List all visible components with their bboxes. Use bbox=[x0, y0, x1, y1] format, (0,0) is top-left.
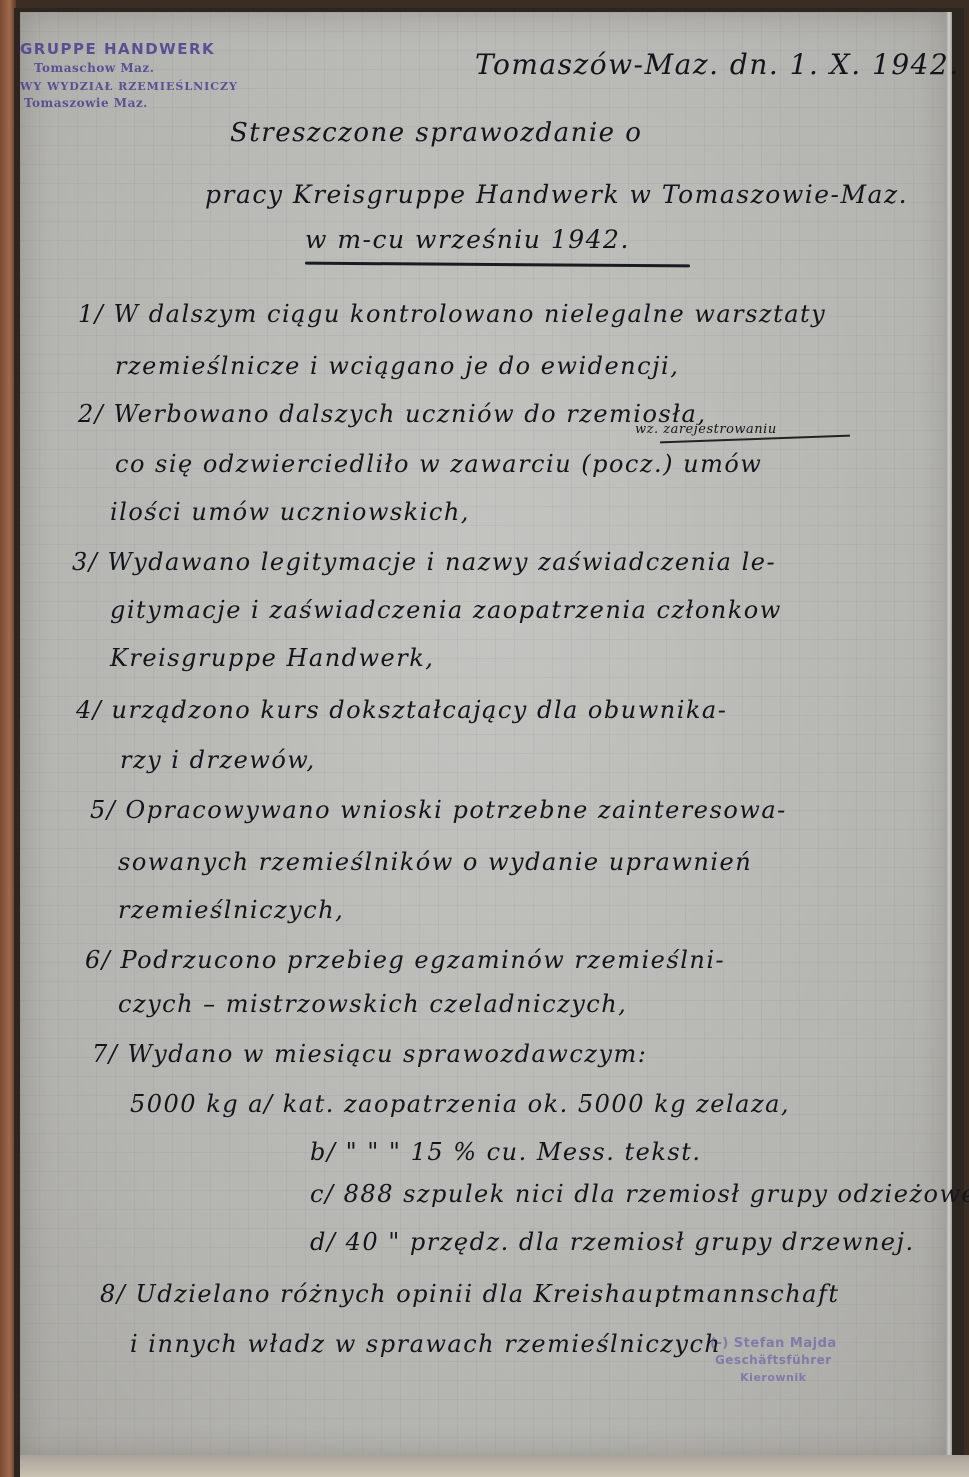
item-7-line: b/ " " " 15 % cu. Mess. tekst. bbox=[310, 1138, 702, 1166]
item-6-line: czych – mistrzowskich czeladniczych, bbox=[118, 990, 627, 1018]
title-line: pracy Kreisgruppe Handwerk w Tomaszowie-… bbox=[205, 180, 908, 209]
item-2-line: co się odzwierciedliło w zawarciu (pocz.… bbox=[115, 450, 762, 478]
stamp-line: Kierownik bbox=[710, 1371, 837, 1384]
place-date: Tomaszów-Maz. dn. 1. X. 1942. bbox=[475, 48, 960, 81]
stamp-line: (-) Stefan Majda bbox=[710, 1336, 837, 1351]
item-8-line: 8/ Udzielano różnych opinii dla Kreishau… bbox=[100, 1280, 840, 1308]
item-8-line: i innych władz w sprawach rzemieślniczyc… bbox=[130, 1330, 721, 1358]
stamp-line: Tomaschow Maz. bbox=[34, 61, 238, 75]
item-1-line: 1/ W dalszym ciągu kontrolowano nielegal… bbox=[78, 300, 826, 328]
item-6-line: 6/ Podrzucono przebieg egzaminów rzemieś… bbox=[85, 946, 725, 974]
page-fold bbox=[946, 12, 952, 1457]
stamp-line: WY WYDZIAŁ RZEMIEŚLNICZY bbox=[20, 80, 238, 93]
title-line: Streszczone sprawozdanie o bbox=[230, 118, 642, 148]
item-7-line: 5000 kg a/ kat. zaopatrzenia ok. 5000 kg… bbox=[130, 1090, 790, 1118]
item-4-line: rzy i drzewów, bbox=[120, 746, 316, 774]
page-bottom-edge bbox=[20, 1455, 969, 1477]
item-5-line: 5/ Opracowywano wnioski potrzebne zainte… bbox=[90, 796, 787, 824]
item-3-line: Kreisgruppe Handwerk, bbox=[110, 644, 434, 672]
item-5-line: rzemieślniczych, bbox=[118, 896, 344, 924]
item-7-line: d/ 40 " przędz. dla rzemiosł grupy drzew… bbox=[310, 1228, 915, 1256]
item-3-line: 3/ Wydawano legitymacje i nazwy zaświadc… bbox=[72, 548, 776, 576]
item-1-line: rzemieślnicze i wciągano je do ewidencji… bbox=[115, 352, 679, 380]
signature-stamp: (-) Stefan Majda Geschäftsführer Kierown… bbox=[710, 1336, 837, 1384]
insertion-note: wz. zarejestrowaniu bbox=[635, 422, 777, 437]
stamp-line: GRUPPE HANDWERK bbox=[20, 40, 238, 58]
item-2-line: ilości umów uczniowskich, bbox=[110, 498, 470, 526]
title-line: w m-cu wrześniu 1942. bbox=[305, 225, 630, 254]
item-3-line: gitymacje i zaświadczenia zaopatrzenia c… bbox=[110, 596, 782, 624]
item-2-line: 2/ Werbowano dalszych uczniów do rzemios… bbox=[78, 400, 706, 428]
item-7-line: 7/ Wydano w miesiącu sprawozdawczym: bbox=[92, 1040, 647, 1068]
item-5-line: sowanych rzemieślników o wydanie uprawni… bbox=[118, 848, 752, 876]
stamp-line: Tomaszowie Maz. bbox=[24, 96, 238, 110]
stamp-line: Geschäftsführer bbox=[710, 1353, 837, 1367]
header-stamp: GRUPPE HANDWERK Tomaschow Maz. WY WYDZIA… bbox=[20, 40, 238, 110]
item-4-line: 4/ urządzono kurs dokształcający dla obu… bbox=[76, 696, 727, 724]
item-7-line: c/ 888 szpulek nici dla rzemiosł grupy o… bbox=[310, 1180, 969, 1208]
